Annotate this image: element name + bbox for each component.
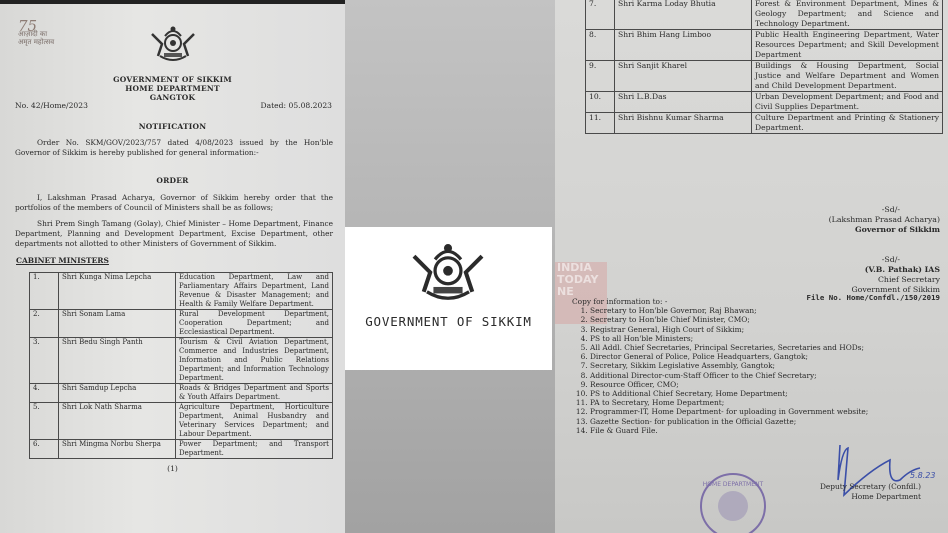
row-number: 1. — [30, 273, 59, 310]
portfolio: Education Department, Law and Parliament… — [176, 273, 333, 310]
copy-list-item: Additional Director-cum-Staff Officer to… — [590, 371, 868, 380]
copy-for-information: Copy for information to: - Secretary to … — [572, 297, 868, 435]
table-row: 2.Shri Sonam LamaRural Development Depar… — [30, 310, 333, 338]
minister-name: Shri Kunga Nima Lepcha — [59, 273, 176, 310]
banner-title: GOVERNMENT OF SIKKIM — [345, 314, 552, 329]
minister-name: Shri Bedu Singh Panth — [59, 338, 176, 384]
row-number: 6. — [30, 440, 59, 459]
row-number: 8. — [586, 30, 615, 61]
table-row: 8.Shri Bhim Hang LimbooPublic Health Eng… — [586, 30, 943, 61]
minister-name: Shri Sanjit Kharel — [615, 61, 752, 92]
table-row: 5.Shri Lok Nath SharmaAgriculture Depart… — [30, 403, 333, 440]
copy-list-item: Director General of Police, Police Headq… — [590, 352, 868, 361]
signature-date: 5.8.23 — [910, 471, 935, 480]
order-paragraph: I, Lakshman Prasad Acharya, Governor of … — [15, 193, 333, 213]
table-row: 6.Shri Mingma Norbu SherpaPower Departme… — [30, 440, 333, 459]
minister-name: Shri Bishnu Kumar Sharma — [615, 113, 752, 134]
copy-list-item: File & Guard File. — [590, 426, 868, 435]
portfolio: Forest & Environment Department, Mines &… — [752, 0, 943, 30]
copy-list: Secretary to Hon'ble Governor, Raj Bhawa… — [572, 306, 868, 435]
portfolio: Agriculture Department, Horticulture Dep… — [176, 403, 333, 440]
ministers-table-continued: 7.Shri Karma Loday BhutiaForest & Enviro… — [585, 0, 943, 134]
deputy-secretary-block: Deputy Secretary (Confdl.) Home Departme… — [820, 482, 921, 501]
table-row: 1.Shri Kunga Nima LepchaEducation Depart… — [30, 273, 333, 310]
copy-list-item: Secretary, Sikkim Legislative Assembly, … — [590, 361, 868, 370]
row-number: 10. — [586, 92, 615, 113]
row-number: 3. — [30, 338, 59, 384]
portfolio: Buildings & Housing Department, Social J… — [752, 61, 943, 92]
notification-page-1: 75 आज़ादी का अमृत महोत्सव GOVERNMENT OF … — [0, 0, 345, 533]
sikkim-emblem-icon — [407, 240, 489, 308]
portfolio: Power Department; and Transport Departme… — [176, 440, 333, 459]
minister-name: Shri L.B.Das — [615, 92, 752, 113]
governor-signature-block: -Sd/- (Lakshman Prasad Acharya) Governor… — [829, 205, 940, 235]
row-number: 11. — [586, 113, 615, 134]
portfolio: Roads & Bridges Department and Sports & … — [176, 384, 333, 403]
row-number: 7. — [586, 0, 615, 30]
intro-paragraph: Order No. SKM/GOV/2023/757 dated 4/08/20… — [15, 138, 333, 158]
government-of-sikkim-banner: GOVERNMENT OF SIKKIM — [345, 227, 552, 370]
portfolio: Rural Development Department, Cooperatio… — [176, 310, 333, 338]
order-title: ORDER — [0, 176, 345, 185]
portfolio: Culture Department and Printing & Statio… — [752, 113, 943, 134]
minister-name: Shri Samdup Lepcha — [59, 384, 176, 403]
row-number: 5. — [30, 403, 59, 440]
chief-minister-paragraph: Shri Prem Singh Tamang (Golay), Chief Mi… — [15, 219, 333, 248]
row-number: 9. — [586, 61, 615, 92]
photo-edge — [0, 0, 345, 4]
sikkim-emblem-icon — [148, 24, 198, 66]
copy-list-item: PS to Additional Chief Secretary, Home D… — [590, 389, 868, 398]
copy-list-item: Gazette Section- for publication in the … — [590, 417, 868, 426]
chief-secretary-signature-block: -Sd/- (V.B. Pathak) IAS Chief Secretary … — [851, 255, 940, 295]
table-row: 10.Shri L.B.DasUrban Development Departm… — [586, 92, 943, 113]
copy-list-item: Programmer-IT, Home Department- for uplo… — [590, 407, 868, 416]
stamp-emblem-icon — [718, 491, 748, 521]
copy-list-item: Secretary to Hon'ble Chief Minister, CMO… — [590, 315, 868, 324]
table-row: 11.Shri Bishnu Kumar SharmaCulture Depar… — [586, 113, 943, 134]
table-row: 4.Shri Samdup LepchaRoads & Bridges Depa… — [30, 384, 333, 403]
minister-name: Shri Mingma Norbu Sherpa — [59, 440, 176, 459]
home-department-stamp: HOME DEPARTMENT — [700, 473, 766, 533]
table-row: 9.Shri Sanjit KharelBuildings & Housing … — [586, 61, 943, 92]
minister-name: Shri Karma Loday Bhutia — [615, 0, 752, 30]
copy-list-item: All Addl. Chief Secretaries, Principal S… — [590, 343, 868, 352]
letterhead: GOVERNMENT OF SIKKIM HOME DEPARTMENT GAN… — [0, 75, 345, 102]
table-row: 3.Shri Bedu Singh PanthTourism & Civil A… — [30, 338, 333, 384]
page-number: (1) — [0, 464, 345, 474]
reference-number: No. 42/Home/2023 — [15, 101, 88, 111]
portfolio: Public Health Engineering Department, Wa… — [752, 30, 943, 61]
date: Dated: 05.08.2023 — [261, 101, 332, 111]
row-number: 4. — [30, 384, 59, 403]
copy-list-item: Resource Officer, CMO; — [590, 380, 868, 389]
cabinet-ministers-heading: CABINET MINISTERS — [16, 256, 109, 265]
notification-title: NOTIFICATION — [0, 122, 345, 131]
copy-list-item: PS to all Hon'ble Ministers; — [590, 334, 868, 343]
azadi-ka-amrit-mahotsav-logo: 75 आज़ादी का अमृत महोत्सव — [18, 22, 68, 52]
portfolio: Tourism & Civil Aviation Department, Com… — [176, 338, 333, 384]
minister-name: Shri Sonam Lama — [59, 310, 176, 338]
ministers-table: 1.Shri Kunga Nima LepchaEducation Depart… — [29, 272, 333, 459]
portfolio: Urban Development Department; and Food a… — [752, 92, 943, 113]
copy-list-item: PA to Secretary, Home Department; — [590, 398, 868, 407]
copy-list-item: Registrar General, High Court of Sikkim; — [590, 325, 868, 334]
minister-name: Shri Lok Nath Sharma — [59, 403, 176, 440]
table-row: 7.Shri Karma Loday BhutiaForest & Enviro… — [586, 0, 943, 30]
row-number: 2. — [30, 310, 59, 338]
copy-list-item: Secretary to Hon'ble Governor, Raj Bhawa… — [590, 306, 868, 315]
minister-name: Shri Bhim Hang Limboo — [615, 30, 752, 61]
